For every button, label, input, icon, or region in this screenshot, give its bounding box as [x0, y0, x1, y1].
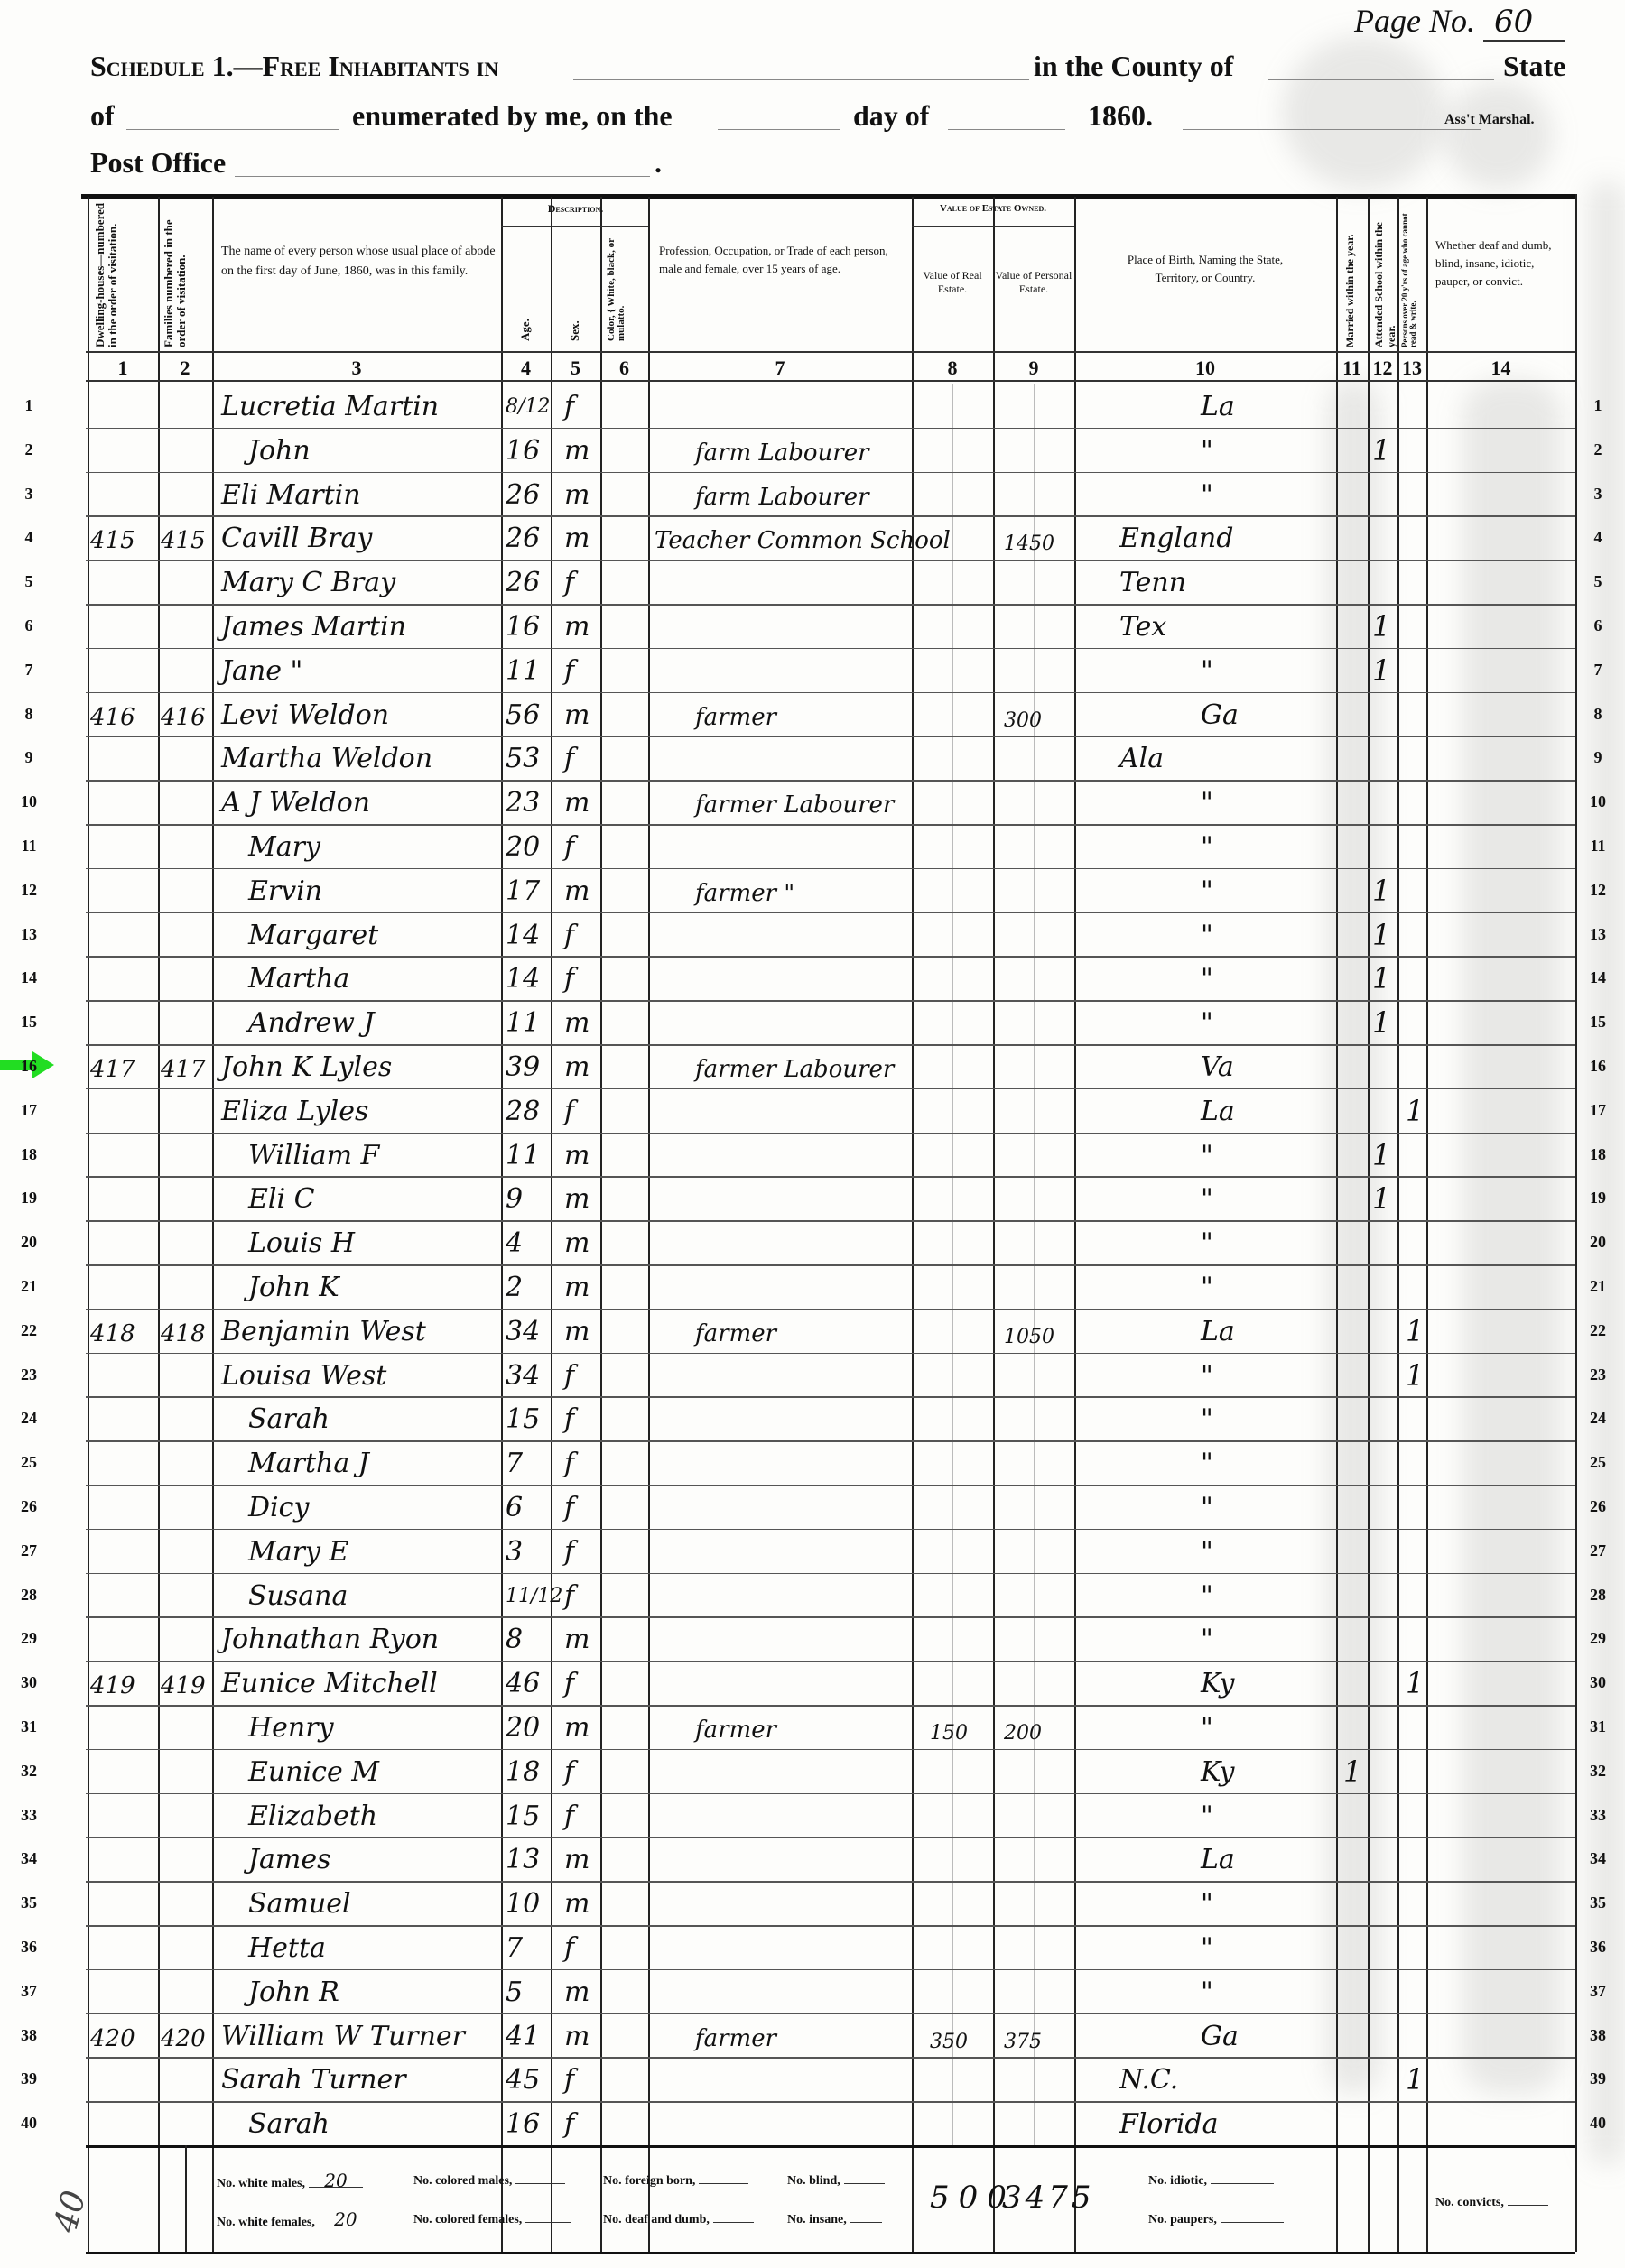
- person-sex: f: [564, 1582, 574, 1611]
- person-birthplace: ": [1201, 1890, 1213, 1919]
- family-number: 419: [161, 1671, 206, 1700]
- line-number-right: 15: [1580, 1013, 1616, 1032]
- convicts-label: No. convicts,: [1435, 2196, 1504, 2209]
- person-age: 14: [506, 921, 540, 950]
- person-name[interactable]: Sarah: [248, 1405, 330, 1434]
- person-occupation: farm Labourer: [695, 439, 869, 467]
- line-number-right: 3: [1580, 485, 1616, 504]
- person-age: 8/12: [506, 393, 550, 421]
- person-sex: f: [564, 745, 574, 773]
- person-age: 34: [506, 1318, 540, 1347]
- idiotic-value[interactable]: [1211, 2183, 1274, 2184]
- schedule-title: Schedule 1.—Free Inhabitants in: [90, 50, 498, 83]
- person-sex: m: [564, 877, 590, 906]
- person-age: 45: [506, 2066, 540, 2095]
- line-number-right: 23: [1580, 1365, 1616, 1384]
- person-sex: f: [564, 1494, 574, 1523]
- of-label: of: [90, 99, 115, 133]
- marshal-field[interactable]: [1183, 128, 1481, 130]
- line-number-left: 24: [11, 1409, 47, 1428]
- person-sex: f: [564, 833, 574, 862]
- line-number-left: 36: [11, 1938, 47, 1957]
- white-males-value[interactable]: 20: [309, 2174, 363, 2188]
- column-header-married: Married within the year.: [1343, 203, 1356, 347]
- person-age: 10: [506, 1890, 540, 1919]
- row-divider: [86, 1133, 1575, 1134]
- person-age: 14: [506, 965, 540, 994]
- line-number-left: 34: [11, 1849, 47, 1868]
- person-occupation: farmer Labourer: [695, 791, 894, 819]
- line-number-left: 23: [11, 1365, 47, 1384]
- person-age: 23: [506, 789, 540, 818]
- column-divider: [600, 194, 602, 2252]
- person-name[interactable]: Susana: [248, 1582, 348, 1611]
- person-name[interactable]: Andrew J: [248, 1009, 375, 1038]
- dwelling-number: 418: [90, 1319, 135, 1348]
- line-number-right: 30: [1580, 1673, 1616, 1692]
- line-number-right: 37: [1580, 1982, 1616, 2001]
- row-divider: [86, 736, 1575, 737]
- person-age: 16: [506, 613, 540, 642]
- person-sex: m: [564, 1846, 590, 1875]
- married-mark: 1: [1343, 1754, 1361, 1789]
- person-sex: f: [564, 921, 574, 950]
- column-divider: [88, 194, 89, 2252]
- personal-estate-value: 1450: [1004, 530, 1054, 559]
- dwelling-number: 415: [90, 526, 135, 555]
- row-divider: [86, 912, 1575, 914]
- line-number-left: 33: [11, 1806, 47, 1825]
- column-divider: [158, 194, 160, 2252]
- column-numbers-bottom-rule: [86, 380, 1575, 382]
- column-header-real-estate: Value of Real Estate.: [914, 269, 991, 296]
- person-occupation: farmer: [695, 2024, 776, 2053]
- person-sex: f: [564, 965, 574, 994]
- person-age: 11/12: [506, 1582, 562, 1611]
- person-sex: f: [564, 1449, 574, 1478]
- person-age: 28: [506, 1097, 540, 1126]
- colored-males-value[interactable]: [515, 2183, 565, 2184]
- person-birthplace: ": [1201, 437, 1213, 466]
- dwelling-number: 419: [90, 1671, 135, 1700]
- person-sex: m: [564, 437, 590, 466]
- column-number: 3: [212, 356, 501, 380]
- person-name[interactable]: Eli C: [248, 1185, 315, 1214]
- line-number-right: 14: [1580, 968, 1616, 987]
- family-number: 416: [161, 703, 206, 732]
- person-name[interactable]: Eli Martin: [221, 481, 361, 510]
- person-age: 15: [506, 1405, 540, 1434]
- person-sex: f: [564, 1538, 574, 1567]
- school-mark: 1: [1372, 653, 1390, 688]
- column-header-disability: Whether deaf and dumb, blind, insane, id…: [1435, 236, 1571, 291]
- row-divider: [86, 560, 1575, 561]
- row-divider: [86, 1881, 1575, 1883]
- line-number-right: 17: [1580, 1101, 1616, 1120]
- post-office-period: .: [655, 146, 662, 180]
- line-number-left: 25: [11, 1453, 47, 1472]
- person-birthplace: ": [1201, 789, 1213, 818]
- township-field[interactable]: [573, 79, 1029, 80]
- line-number-right: 1: [1580, 396, 1616, 415]
- person-sex: f: [564, 1405, 574, 1434]
- line-number-right: 32: [1580, 1762, 1616, 1781]
- person-birthplace: Ga: [1201, 2023, 1239, 2051]
- description-group-rule: [501, 226, 648, 227]
- person-name[interactable]: Martha: [248, 965, 349, 994]
- column-divider: [1397, 194, 1399, 2252]
- row-divider: [86, 1396, 1575, 1398]
- row-divider: [86, 1573, 1575, 1575]
- person-sex: m: [564, 1229, 590, 1258]
- real-estate-value: 350: [930, 2028, 968, 2057]
- column-header-birthplace: Place of Birth, Naming the State, Territ…: [1110, 251, 1300, 287]
- line-number-right: 8: [1580, 705, 1616, 724]
- line-number-left: 3: [11, 485, 47, 504]
- deaf-dumb-value[interactable]: [713, 2222, 754, 2223]
- foreign-born: No. foreign born,: [603, 2174, 748, 2189]
- line-number-right: 19: [1580, 1189, 1616, 1208]
- line-number-left: 30: [11, 1673, 47, 1692]
- person-birthplace: ": [1201, 1009, 1213, 1038]
- county-label: in the County of: [1034, 50, 1233, 83]
- line-number-right: 18: [1580, 1145, 1616, 1164]
- school-mark: 1: [1372, 874, 1390, 908]
- row-divider: [86, 956, 1575, 958]
- line-number-left: 16: [11, 1057, 47, 1076]
- day-field[interactable]: [718, 128, 840, 130]
- line-number-right: 22: [1580, 1321, 1616, 1340]
- person-sex: f: [564, 1934, 574, 1963]
- line-number-right: 16: [1580, 1057, 1616, 1076]
- illiterate-mark: 1: [1406, 1666, 1424, 1700]
- row-divider: [86, 1220, 1575, 1222]
- page-number-label: Page No.: [1354, 3, 1475, 39]
- idiotic: No. idiotic,: [1148, 2174, 1274, 2189]
- person-sex: m: [564, 1185, 590, 1214]
- person-birthplace: N.C.: [1119, 2066, 1178, 2095]
- blind: No. blind,: [787, 2174, 885, 2189]
- person-age: 18: [506, 1758, 540, 1787]
- line-number-right: 38: [1580, 2026, 1616, 2045]
- column-number: 1: [88, 356, 158, 380]
- line-number-left: 17: [11, 1101, 47, 1120]
- row-divider: [86, 1176, 1575, 1178]
- foreign-born-label: No. foreign born,: [603, 2174, 695, 2188]
- person-birthplace: ": [1201, 1978, 1213, 2007]
- column-number: 14: [1426, 356, 1575, 380]
- column-number: 9: [993, 356, 1074, 380]
- page-number: Page No. 60: [1354, 2, 1565, 42]
- margin-note: 40: [47, 2187, 93, 2236]
- line-number-left: 22: [11, 1321, 47, 1340]
- person-name[interactable]: John R: [248, 1978, 339, 2007]
- person-name[interactable]: Eunice Mitchell: [221, 1670, 438, 1699]
- line-number-left: 20: [11, 1233, 47, 1252]
- state-field[interactable]: [126, 128, 339, 130]
- line-number-right: 26: [1580, 1497, 1616, 1516]
- line-number-left: 26: [11, 1497, 47, 1516]
- person-occupation: farmer Labourer: [695, 1055, 894, 1084]
- marshal-label: Ass't Marshal.: [1444, 112, 1535, 128]
- row-divider: [86, 1705, 1575, 1707]
- person-name[interactable]: Samuel: [248, 1890, 351, 1919]
- line-number-right: 13: [1580, 925, 1616, 944]
- line-number-left: 4: [11, 528, 47, 547]
- person-name[interactable]: Martha J: [248, 1449, 369, 1478]
- line-number-right: 35: [1580, 1893, 1616, 1912]
- person-birthplace: ": [1201, 833, 1213, 862]
- line-number-left: 27: [11, 1541, 47, 1560]
- person-name[interactable]: Ervin: [248, 877, 322, 906]
- column-number: 5: [551, 356, 600, 380]
- person-name[interactable]: William F: [248, 1142, 379, 1171]
- person-name[interactable]: William W Turner: [221, 2023, 465, 2051]
- line-number-left: 5: [11, 572, 47, 591]
- foreign-born-value[interactable]: [699, 2183, 748, 2184]
- enumerated-label: enumerated by me, on the: [352, 99, 673, 133]
- table-bottom-rule: [86, 2252, 1575, 2254]
- line-number-right: 5: [1580, 572, 1616, 591]
- person-name[interactable]: John K: [248, 1273, 339, 1302]
- colored-females-value[interactable]: [525, 2222, 571, 2223]
- person-name[interactable]: Hetta: [248, 1934, 326, 1963]
- line-number-right: 2: [1580, 440, 1616, 459]
- row-divider: [86, 1353, 1575, 1355]
- row-divider: [86, 780, 1575, 782]
- person-name[interactable]: James: [248, 1846, 331, 1875]
- row-divider: [86, 1529, 1575, 1531]
- line-number-left: 31: [11, 1717, 47, 1736]
- person-name[interactable]: Henry: [248, 1714, 334, 1743]
- insane-value[interactable]: [850, 2222, 882, 2223]
- person-sex: m: [564, 481, 590, 510]
- person-birthplace: Tenn: [1119, 569, 1186, 597]
- personal-estate-value: 375: [1004, 2028, 1042, 2057]
- person-age: 53: [506, 745, 540, 773]
- insane-label: No. insane,: [787, 2213, 847, 2226]
- school-mark: 1: [1372, 961, 1390, 995]
- school-mark: 1: [1372, 1005, 1390, 1040]
- schedule-header-line-2: of enumerated by me, on the day of 1860.…: [90, 99, 1575, 135]
- person-sex: f: [564, 657, 574, 686]
- line-number-right: 10: [1580, 792, 1616, 811]
- blind-label: No. blind,: [787, 2174, 840, 2188]
- person-occupation: farmer: [695, 1319, 776, 1348]
- row-divider: [86, 1440, 1575, 1442]
- column-header-age: Age.: [519, 287, 532, 341]
- line-number-left: 11: [11, 837, 47, 856]
- line-number-left: 28: [11, 1586, 47, 1605]
- column-header-illiterate: Persons over 20 y'rs of age who cannot r…: [1401, 203, 1417, 347]
- person-birthplace: ": [1201, 1625, 1213, 1654]
- person-birthplace: ": [1201, 877, 1213, 906]
- line-number-left: 21: [11, 1277, 47, 1296]
- person-age: 17: [506, 877, 540, 906]
- person-birthplace: Tex: [1119, 613, 1166, 642]
- estate-group-rule: [912, 226, 1074, 227]
- line-number-right: 28: [1580, 1586, 1616, 1605]
- deaf-dumb-label: No. deaf and dumb,: [603, 2213, 710, 2226]
- line-number-left: 14: [11, 968, 47, 987]
- convicts: No. convicts,: [1435, 2196, 1548, 2210]
- column-number: 11: [1336, 356, 1368, 380]
- illiterate-mark: 1: [1406, 2062, 1424, 2097]
- column-divider: [1575, 194, 1577, 2252]
- line-number-right: 25: [1580, 1453, 1616, 1472]
- row-divider: [86, 692, 1575, 694]
- person-birthplace: ": [1201, 965, 1213, 994]
- personal-estate-value: 200: [1004, 1719, 1042, 1748]
- line-number-left: 38: [11, 2026, 47, 2045]
- column-divider: [1426, 194, 1428, 2252]
- white-females: No. white females,20: [217, 2213, 373, 2230]
- dwelling-number: 420: [90, 2024, 135, 2053]
- person-age: 16: [506, 2110, 540, 2139]
- row-divider: [86, 868, 1575, 870]
- person-birthplace: La: [1201, 1846, 1235, 1875]
- column-header-sex: Sex.: [569, 287, 581, 341]
- person-name[interactable]: James Martin: [221, 613, 406, 642]
- person-name[interactable]: Benjamin West: [221, 1318, 426, 1347]
- person-name[interactable]: Levi Weldon: [221, 701, 389, 730]
- column-header-school: Attended School within the year.: [1372, 203, 1397, 347]
- person-age: 34: [506, 1362, 540, 1391]
- person-name[interactable]: Cavill Bray: [221, 524, 372, 553]
- person-name[interactable]: John K Lyles: [221, 1053, 392, 1082]
- row-divider: [86, 1793, 1575, 1795]
- person-occupation: Teacher Common School: [655, 526, 951, 555]
- row-divider: [86, 1616, 1575, 1618]
- row-divider: [86, 2145, 1575, 2148]
- row-divider: [86, 472, 1575, 474]
- person-name[interactable]: Mary C Bray: [221, 569, 395, 597]
- person-name[interactable]: Martha Weldon: [221, 745, 432, 773]
- column-header-color: Color, { White, black, or mulatto.: [607, 233, 627, 341]
- column-divider: [501, 194, 503, 2252]
- column-number: 13: [1397, 356, 1426, 380]
- person-birthplace: La: [1201, 1318, 1235, 1347]
- table-top-rule: [86, 194, 1575, 197]
- person-sex: m: [564, 1053, 590, 1082]
- person-sex: m: [564, 613, 590, 642]
- person-sex: f: [564, 393, 574, 421]
- line-number-right: 21: [1580, 1277, 1616, 1296]
- person-name[interactable]: Johnathan Ryon: [221, 1625, 439, 1654]
- blind-value[interactable]: [844, 2183, 885, 2184]
- person-name[interactable]: Eunice M: [248, 1758, 379, 1787]
- person-name[interactable]: Sarah Turner: [221, 2066, 406, 2095]
- month-field[interactable]: [948, 128, 1065, 130]
- line-number-right: 40: [1580, 2114, 1616, 2133]
- person-sex: f: [564, 1670, 574, 1699]
- person-name[interactable]: Louis H: [248, 1229, 355, 1258]
- person-name[interactable]: A J Weldon: [221, 789, 370, 818]
- person-birthplace: ": [1201, 1494, 1213, 1523]
- person-sex: m: [564, 1714, 590, 1743]
- personal-estate-value: 1050: [1004, 1323, 1054, 1352]
- line-number-left: 39: [11, 2069, 47, 2088]
- person-age: 41: [506, 2023, 540, 2051]
- person-name[interactable]: Eliza Lyles: [221, 1097, 368, 1126]
- family-number: 418: [161, 1319, 206, 1348]
- day-of-label: day of: [853, 99, 929, 133]
- person-name[interactable]: Sarah: [248, 2110, 330, 2139]
- person-name[interactable]: Dicy: [248, 1494, 309, 1523]
- person-birthplace: ": [1201, 1802, 1213, 1831]
- row-divider: [86, 824, 1575, 826]
- person-name[interactable]: Elizabeth: [248, 1802, 377, 1831]
- person-sex: m: [564, 1625, 590, 1654]
- family-number: 415: [161, 526, 206, 555]
- school-mark: 1: [1372, 433, 1390, 467]
- person-name[interactable]: Louisa West: [221, 1362, 386, 1391]
- person-name[interactable]: Lucretia Martin: [221, 393, 439, 421]
- person-sex: m: [564, 1978, 590, 2007]
- person-age: 46: [506, 1670, 540, 1699]
- person-age: 11: [506, 657, 540, 686]
- deaf-dumb: No. deaf and dumb,: [603, 2213, 754, 2227]
- person-birthplace: ": [1201, 1185, 1213, 1214]
- county-field[interactable]: [1268, 79, 1494, 80]
- column-divider: [993, 194, 995, 2252]
- person-occupation: farmer: [695, 1716, 776, 1745]
- line-number-right: 11: [1580, 837, 1616, 856]
- person-name[interactable]: Mary: [248, 833, 320, 862]
- person-name[interactable]: Mary E: [248, 1538, 348, 1567]
- white-females-value[interactable]: 20: [319, 2213, 373, 2226]
- person-age: 4: [506, 1229, 523, 1258]
- school-mark: 1: [1372, 1138, 1390, 1172]
- person-age: 56: [506, 701, 540, 730]
- paupers-value[interactable]: [1221, 2222, 1284, 2223]
- person-name[interactable]: Jane ": [221, 657, 302, 686]
- person-birthplace: ": [1201, 1229, 1213, 1258]
- column-number: 8: [912, 356, 993, 380]
- colored-males-label: No. colored males,: [413, 2174, 512, 2188]
- white-females-label: No. white females,: [217, 2216, 315, 2229]
- person-name[interactable]: John: [248, 437, 311, 466]
- person-birthplace: ": [1201, 1934, 1213, 1963]
- paupers: No. paupers,: [1148, 2213, 1284, 2227]
- person-sex: m: [564, 524, 590, 553]
- person-sex: m: [564, 1318, 590, 1347]
- row-divider: [86, 1837, 1575, 1838]
- column-number: 7: [648, 356, 912, 380]
- row-divider: [86, 1044, 1575, 1046]
- column-divider: [648, 194, 650, 2252]
- person-name[interactable]: Margaret: [248, 921, 378, 950]
- person-birthplace: ": [1201, 1582, 1213, 1611]
- line-number-left: 9: [11, 748, 47, 767]
- person-birthplace: La: [1201, 1097, 1235, 1126]
- person-sex: m: [564, 789, 590, 818]
- school-mark: 1: [1372, 918, 1390, 952]
- row-divider: [86, 1749, 1575, 1751]
- line-number-right: 31: [1580, 1717, 1616, 1736]
- convicts-value[interactable]: [1508, 2205, 1548, 2206]
- line-number-left: 7: [11, 661, 47, 680]
- person-age: 20: [506, 833, 540, 862]
- person-age: 26: [506, 524, 540, 553]
- post-office-field[interactable]: [235, 175, 650, 177]
- column-header-name: The name of every person whose usual pla…: [221, 242, 497, 282]
- person-birthplace: Ky: [1201, 1758, 1234, 1787]
- column-header-personal-estate: Value of Personal Estate.: [995, 269, 1072, 296]
- person-age: 2: [506, 1273, 523, 1302]
- line-number-right: 7: [1580, 661, 1616, 680]
- person-age: 26: [506, 569, 540, 597]
